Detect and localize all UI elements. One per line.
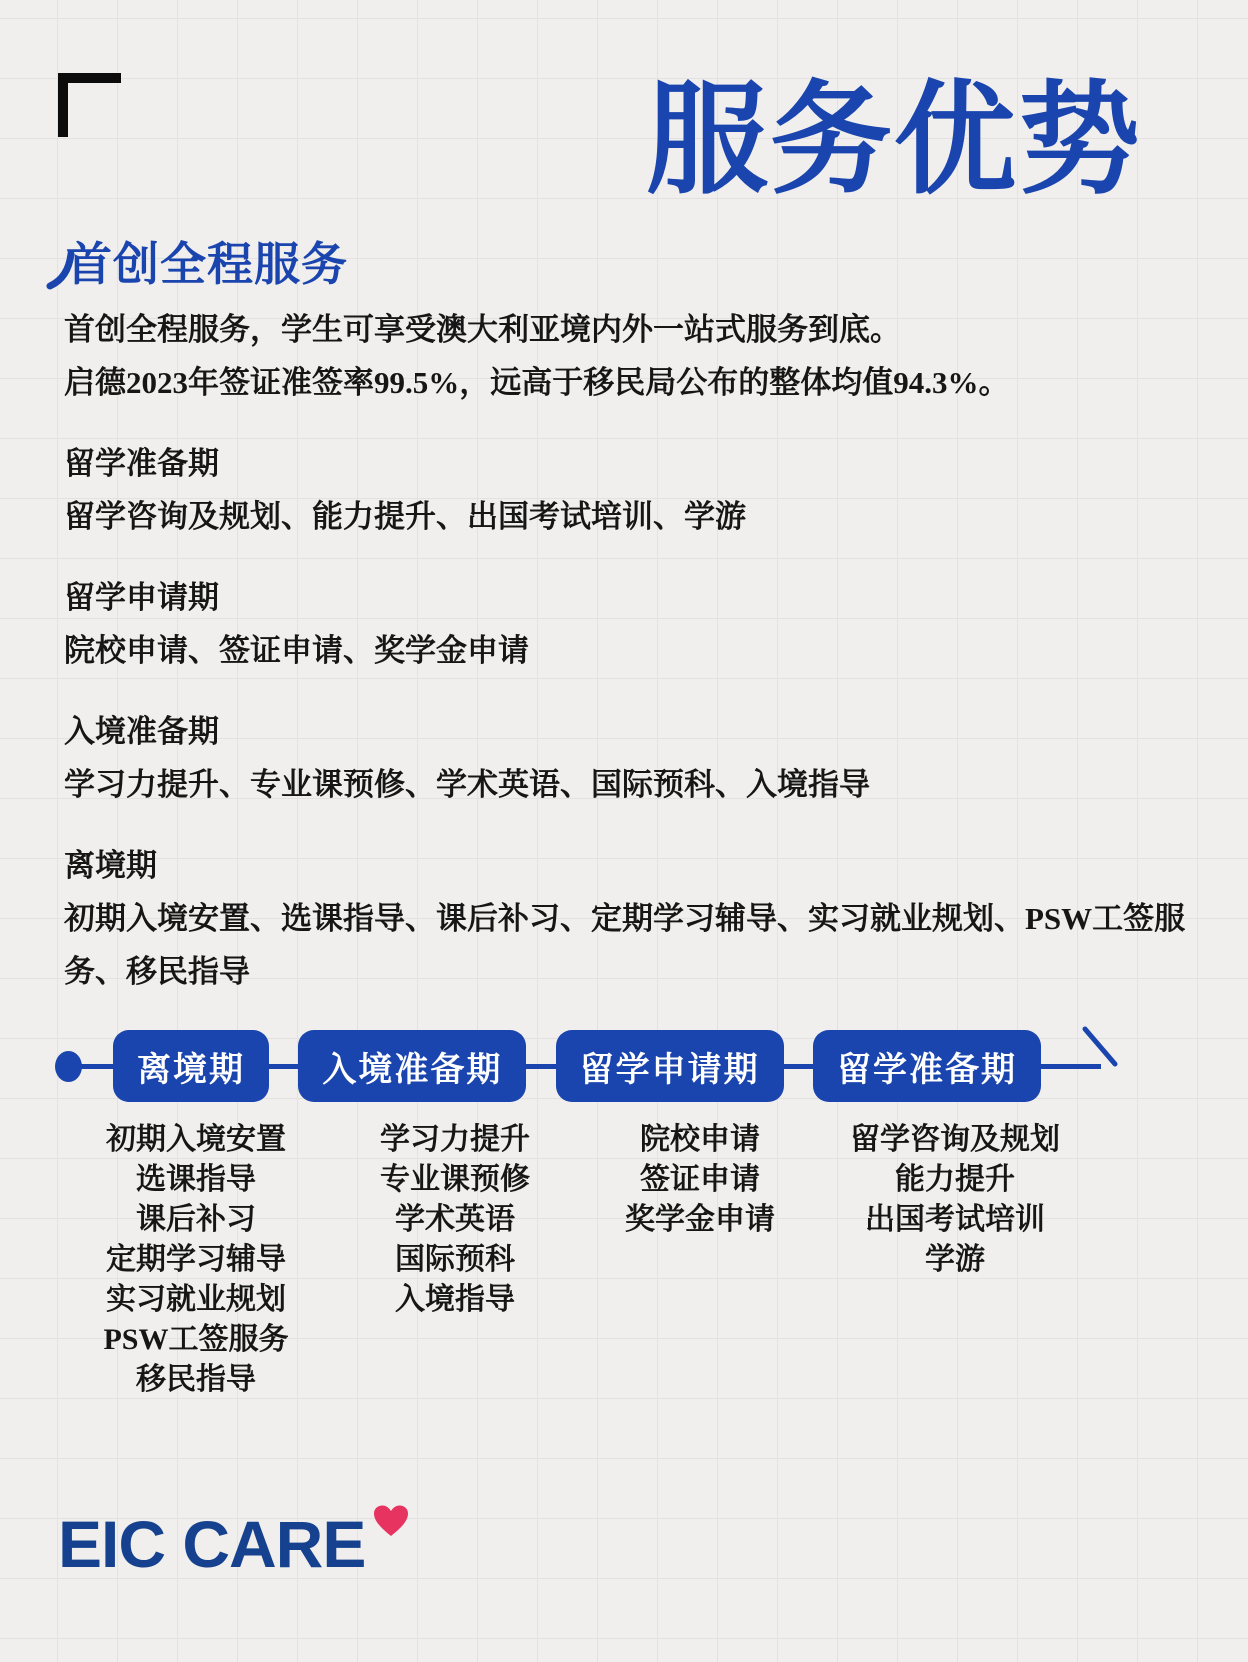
stage-item: 留学咨询及规划 <box>815 1120 1095 1160</box>
intro-line: 首创全程服务，学生可享受澳大利亚境内外一站式服务到底。 <box>64 303 1192 356</box>
stage-item: 选课指导 <box>56 1160 336 1200</box>
stage-item: PSW工签服务 <box>56 1320 336 1360</box>
stage-column-application: 院校申请 签证申请 奖学金申请 <box>560 1120 840 1240</box>
phase-title: 留学准备期 <box>64 437 1192 490</box>
heart-icon <box>371 1503 411 1539</box>
phase-detail: 学习力提升、专业课预修、学术英语、国际预科、入境指导 <box>64 758 1192 811</box>
timeline-stage-departure: 离境期 <box>113 1030 269 1102</box>
timeline: 离境期 入境准备期 留学申请期 留学准备期 <box>55 1030 1111 1102</box>
stage-item: 学术英语 <box>315 1200 595 1240</box>
timeline-stage-entry-prep: 入境准备期 <box>298 1030 526 1102</box>
phase-detail: 初期入境安置、选课指导、课后补习、定期学习辅导、实习就业规划、PSW工签服务、移… <box>64 892 1192 998</box>
stage-item: 院校申请 <box>560 1120 840 1160</box>
stage-item: 移民指导 <box>56 1360 336 1400</box>
phase-title: 离境期 <box>64 839 1192 892</box>
stage-item: 课后补习 <box>56 1200 336 1240</box>
phase-title: 入境准备期 <box>64 705 1192 758</box>
stage-item: 出国考试培训 <box>815 1200 1095 1240</box>
stage-item: 入境指导 <box>315 1280 595 1320</box>
stage-column-entry-prep: 学习力提升 专业课预修 学术英语 国际预科 入境指导 <box>315 1120 595 1320</box>
logo-text: EIC CARE <box>58 1507 365 1581</box>
timeline-stages: 离境期 入境准备期 留学申请期 留学准备期 <box>113 1030 1041 1102</box>
page-title: 服务优势 <box>646 70 1142 210</box>
timeline-stage-study-prep: 留学准备期 <box>813 1030 1041 1102</box>
stage-item: 定期学习辅导 <box>56 1240 336 1280</box>
stage-item: 初期入境安置 <box>56 1120 336 1160</box>
timeline-arrow-icon <box>1075 1024 1119 1070</box>
phase-detail: 留学咨询及规划、能力提升、出国考试培训、学游 <box>64 490 1192 543</box>
stage-item: 专业课预修 <box>315 1160 595 1200</box>
stage-item: 学习力提升 <box>315 1120 595 1160</box>
stage-column-departure: 初期入境安置 选课指导 课后补习 定期学习辅导 实习就业规划 PSW工签服务 移… <box>56 1120 336 1400</box>
stage-column-study-prep: 留学咨询及规划 能力提升 出国考试培训 学游 <box>815 1120 1095 1280</box>
stage-item: 实习就业规划 <box>56 1280 336 1320</box>
stage-item: 签证申请 <box>560 1160 840 1200</box>
phase-title: 留学申请期 <box>64 571 1192 624</box>
stage-item: 能力提升 <box>815 1160 1095 1200</box>
phase-detail: 院校申请、签证申请、奖学金申请 <box>64 624 1192 677</box>
stage-item: 国际预科 <box>315 1240 595 1280</box>
poster-canvas: 服务优势 首创全程服务 首创全程服务，学生可享受澳大利亚境内外一站式服务到底。 … <box>0 0 1248 1662</box>
timeline-stage-application: 留学申请期 <box>556 1030 784 1102</box>
section-heading: 首创全程服务 <box>66 228 348 294</box>
stage-item: 学游 <box>815 1240 1095 1280</box>
intro-line: 启德2023年签证准签率99.5%，远高于移民局公布的整体均值94.3%。 <box>64 356 1192 409</box>
eic-care-logo: EIC CARE <box>58 1506 405 1582</box>
body-copy: 首创全程服务，学生可享受澳大利亚境内外一站式服务到底。 启德2023年签证准签率… <box>64 303 1192 998</box>
stage-item: 奖学金申请 <box>560 1200 840 1240</box>
corner-bracket-decoration <box>58 73 121 137</box>
